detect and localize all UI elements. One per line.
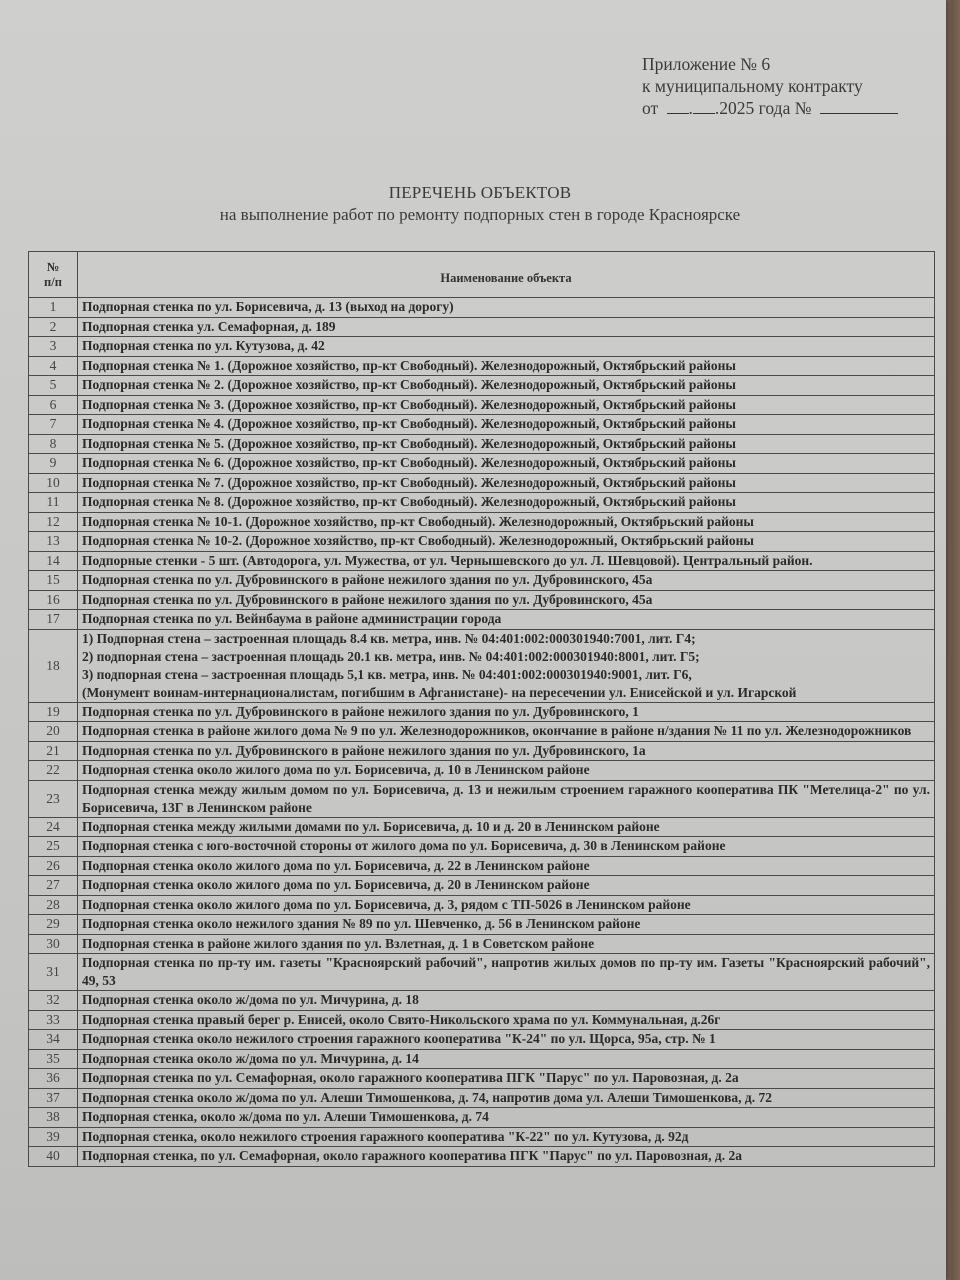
object-name: 1) Подпорная стена – застроенная площадь… (78, 629, 935, 702)
object-name: Подпорная стенка № 7. (Дорожное хозяйств… (78, 473, 935, 493)
row-number: 25 (29, 837, 78, 857)
header-number: №п/п (29, 252, 78, 298)
table-row: 4Подпорная стенка № 1. (Дорожное хозяйст… (29, 356, 935, 376)
row-number: 38 (29, 1108, 78, 1128)
object-name: Подпорная стенка с юго-восточной стороны… (78, 837, 935, 857)
table-row: 25Подпорная стенка с юго-восточной сторо… (29, 837, 935, 857)
object-name: Подпорная стенка правый берег р. Енисей,… (78, 1010, 935, 1030)
object-name: Подпорная стенка по ул. Дубровинского в … (78, 702, 935, 722)
row-number: 16 (29, 590, 78, 610)
object-name: Подпорная стенка по ул. Вейнбаума в райо… (78, 610, 935, 630)
object-name: Подпорная стенка, около нежилого строени… (78, 1127, 935, 1147)
row-number: 6 (29, 395, 78, 415)
row-number: 21 (29, 741, 78, 761)
table-row: 10Подпорная стенка № 7. (Дорожное хозяйс… (29, 473, 935, 493)
table-row: 36Подпорная стенка по ул. Семафорная, ок… (29, 1069, 935, 1089)
table-row: 38Подпорная стенка, около ж/дома по ул. … (29, 1108, 935, 1128)
day-blank (667, 99, 689, 114)
object-name: Подпорная стенка ул. Семафорная, д. 189 (78, 317, 935, 337)
object-name: Подпорная стенка около ж/дома по ул. Але… (78, 1088, 935, 1108)
table-row: 12Подпорная стенка № 10-1. (Дорожное хоз… (29, 512, 935, 532)
row-number: 8 (29, 434, 78, 454)
table-row: 14Подпорные стенки - 5 шт. (Автодорога, … (29, 551, 935, 571)
table-row: 28Подпорная стенка около жилого дома по … (29, 895, 935, 915)
table-row: 22Подпорная стенка около жилого дома по … (29, 761, 935, 781)
table-row: 21Подпорная стенка по ул. Дубровинского … (29, 741, 935, 761)
table-row: 35Подпорная стенка около ж/дома по ул. М… (29, 1049, 935, 1069)
table-row: 8Подпорная стенка № 5. (Дорожное хозяйст… (29, 434, 935, 454)
table-row: 16Подпорная стенка по ул. Дубровинского … (29, 590, 935, 610)
object-name: Подпорная стенка № 10-2. (Дорожное хозяй… (78, 532, 935, 552)
object-name: Подпорная стенка около ж/дома по ул. Мич… (78, 991, 935, 1011)
row-number: 33 (29, 1010, 78, 1030)
object-name: Подпорная стенка № 6. (Дорожное хозяйств… (78, 454, 935, 474)
row-number: 17 (29, 610, 78, 630)
object-name: Подпорная стенка в районе жилого здания … (78, 934, 935, 954)
table-row: 7Подпорная стенка № 4. (Дорожное хозяйст… (29, 415, 935, 435)
row-number: 40 (29, 1147, 78, 1167)
row-number: 12 (29, 512, 78, 532)
appendix-header: Приложение № 6 к муниципальному контракт… (642, 53, 898, 119)
row-number: 14 (29, 551, 78, 571)
row-number: 10 (29, 473, 78, 493)
object-name: Подпорная стенка между жилыми домами по … (78, 817, 935, 837)
table-row: 5Подпорная стенка № 2. (Дорожное хозяйст… (29, 376, 935, 396)
object-name: Подпорная стенка около жилого дома по ул… (78, 761, 935, 781)
row-number: 29 (29, 915, 78, 935)
table-row: 31Подпорная стенка по пр-ту им. газеты "… (29, 954, 935, 991)
table-row: 1Подпорная стенка по ул. Борисевича, д. … (29, 298, 935, 318)
object-name: Подпорная стенка около жилого дома по ул… (78, 876, 935, 896)
row-number: 23 (29, 780, 78, 817)
object-name: Подпорная стенка № 1. (Дорожное хозяйств… (78, 356, 935, 376)
row-number: 35 (29, 1049, 78, 1069)
appendix-contract-ref: к муниципальному контракту (642, 75, 898, 97)
table-row: 17Подпорная стенка по ул. Вейнбаума в ра… (29, 610, 935, 630)
table-row: 23Подпорная стенка между жилым домом по … (29, 780, 935, 817)
table-row: 32Подпорная стенка около ж/дома по ул. М… (29, 991, 935, 1011)
row-number: 15 (29, 571, 78, 591)
table-row: 6Подпорная стенка № 3. (Дорожное хозяйст… (29, 395, 935, 415)
table-header-row: №п/п Наименование объекта (29, 252, 935, 298)
table-row: 3Подпорная стенка по ул. Кутузова, д. 42 (29, 337, 935, 357)
contract-number-blank (820, 99, 898, 114)
row-number: 37 (29, 1088, 78, 1108)
row-number: 39 (29, 1127, 78, 1147)
table-row: 20Подпорная стенка в районе жилого дома … (29, 722, 935, 742)
object-name: Подпорная стенка между жилым домом по ул… (78, 780, 935, 817)
object-name: Подпорная стенка около ж/дома по ул. Мич… (78, 1049, 935, 1069)
table-row: 2Подпорная стенка ул. Семафорная, д. 189 (29, 317, 935, 337)
object-name: Подпорная стенка № 4. (Дорожное хозяйств… (78, 415, 935, 435)
row-number: 13 (29, 532, 78, 552)
table-row: 33Подпорная стенка правый берег р. Енисе… (29, 1010, 935, 1030)
table-body: 1Подпорная стенка по ул. Борисевича, д. … (29, 298, 935, 1167)
table-row: 15Подпорная стенка по ул. Дубровинского … (29, 571, 935, 591)
table-row: 13Подпорная стенка № 10-2. (Дорожное хоз… (29, 532, 935, 552)
table-row: 39Подпорная стенка, около нежилого строе… (29, 1127, 935, 1147)
row-number: 26 (29, 856, 78, 876)
row-number: 19 (29, 702, 78, 722)
table-row: 34Подпорная стенка около нежилого строен… (29, 1030, 935, 1050)
table-row: 9Подпорная стенка № 6. (Дорожное хозяйст… (29, 454, 935, 474)
row-number: 1 (29, 298, 78, 318)
row-number: 30 (29, 934, 78, 954)
date-prefix: от (642, 98, 658, 118)
object-name: Подпорная стенка около нежилого здания №… (78, 915, 935, 935)
table-row: 30Подпорная стенка в районе жилого здани… (29, 934, 935, 954)
document-subtitle: на выполнение работ по ремонту подпорных… (0, 205, 960, 225)
objects-table: №п/п Наименование объекта 1Подпорная сте… (28, 251, 935, 1167)
object-name: Подпорная стенка № 8. (Дорожное хозяйств… (78, 493, 935, 513)
row-number: 28 (29, 895, 78, 915)
row-number: 3 (29, 337, 78, 357)
object-name: Подпорная стенка, по ул. Семафорная, око… (78, 1147, 935, 1167)
object-name: Подпорная стенка около нежилого строения… (78, 1030, 935, 1050)
table-row: 37Подпорная стенка около ж/дома по ул. А… (29, 1088, 935, 1108)
object-name: Подпорная стенка по ул. Дубровинского в … (78, 590, 935, 610)
object-name: Подпорная стенка по пр-ту им. газеты "Кр… (78, 954, 935, 991)
row-number: 20 (29, 722, 78, 742)
row-number: 27 (29, 876, 78, 896)
object-name: Подпорная стенка № 5. (Дорожное хозяйств… (78, 434, 935, 454)
table-row: 40Подпорная стенка, по ул. Семафорная, о… (29, 1147, 935, 1167)
row-number: 34 (29, 1030, 78, 1050)
row-number: 5 (29, 376, 78, 396)
row-number: 4 (29, 356, 78, 376)
row-number: 22 (29, 761, 78, 781)
appendix-number: Приложение № 6 (642, 53, 898, 75)
table-row: 27Подпорная стенка около жилого дома по … (29, 876, 935, 896)
row-number: 36 (29, 1069, 78, 1089)
document-title: ПЕРЕЧЕНЬ ОБЪЕКТОВ (0, 183, 960, 203)
object-name: Подпорная стенка № 2. (Дорожное хозяйств… (78, 376, 935, 396)
object-name: Подпорная стенка по ул. Семафорная, окол… (78, 1069, 935, 1089)
table-row: 24Подпорная стенка между жилыми домами п… (29, 817, 935, 837)
appendix-date-line: от ..2025 года № (642, 97, 898, 119)
table-row: 19Подпорная стенка по ул. Дубровинского … (29, 702, 935, 722)
table-row: 26Подпорная стенка около жилого дома по … (29, 856, 935, 876)
table-row: 29Подпорная стенка около нежилого здания… (29, 915, 935, 935)
object-name: Подпорная стенка по ул. Борисевича, д. 1… (78, 298, 935, 318)
row-number: 9 (29, 454, 78, 474)
document-page: Приложение № 6 к муниципальному контракт… (0, 0, 946, 1280)
object-name: Подпорная стенка по ул. Дубровинского в … (78, 741, 935, 761)
row-number: 31 (29, 954, 78, 991)
row-number: 32 (29, 991, 78, 1011)
object-name: Подпорная стенка по ул. Кутузова, д. 42 (78, 337, 935, 357)
object-name: Подпорная стенка, около ж/дома по ул. Ал… (78, 1108, 935, 1128)
object-name: Подпорная стенка около жилого дома по ул… (78, 856, 935, 876)
row-number: 2 (29, 317, 78, 337)
object-name: Подпорная стенка № 10-1. (Дорожное хозяй… (78, 512, 935, 532)
object-name: Подпорная стенка около жилого дома по ул… (78, 895, 935, 915)
row-number: 11 (29, 493, 78, 513)
row-number: 18 (29, 629, 78, 702)
row-number: 7 (29, 415, 78, 435)
object-name: Подпорная стенка № 3. (Дорожное хозяйств… (78, 395, 935, 415)
month-blank (693, 99, 715, 114)
object-name: Подпорные стенки - 5 шт. (Автодорога, ул… (78, 551, 935, 571)
object-name: Подпорная стенка в районе жилого дома № … (78, 722, 935, 742)
date-suffix: .2025 года № (715, 98, 811, 118)
table-row: 181) Подпорная стена – застроенная площа… (29, 629, 935, 702)
table-row: 11Подпорная стенка № 8. (Дорожное хозяйс… (29, 493, 935, 513)
row-number: 24 (29, 817, 78, 837)
header-name: Наименование объекта (78, 252, 935, 298)
object-name: Подпорная стенка по ул. Дубровинского в … (78, 571, 935, 591)
